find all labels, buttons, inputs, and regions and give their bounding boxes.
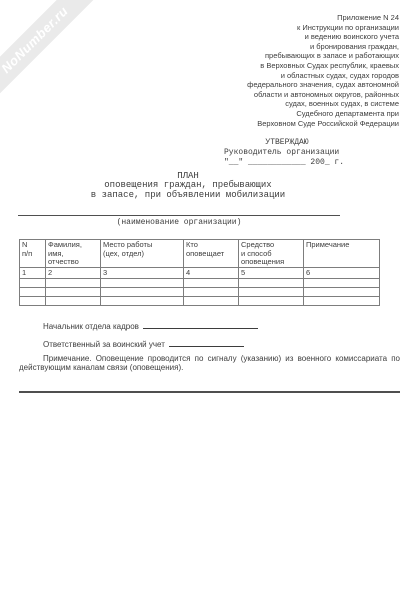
col-number: 3 [101,267,184,278]
table-row [20,278,380,287]
bottom-divider [19,391,400,393]
organization-name-caption: (наименование организации) [18,218,340,227]
col-number: 4 [184,267,239,278]
signature-label: Начальник отдела кадров [43,322,139,331]
document-title: ПЛАН оповещения граждан, пребывающих в з… [68,172,308,200]
col-number: 5 [239,267,304,278]
watermark-ribbon: NoNumber.ru [0,0,101,106]
watermark-text: NoNumber.ru [0,3,71,76]
organization-name-line [18,215,340,216]
col-header-notes: Примечание [304,240,380,268]
col-number: 1 [20,267,46,278]
column-number-row: 1 2 3 4 5 6 [20,267,380,278]
approval-date-line: "__" ____________ 200_ г. [224,158,350,168]
approval-title: УТВЕРЖДАЮ [224,138,350,148]
table-row [20,287,380,296]
signature-blank [169,338,244,347]
signature-label: Ответственный за воинский учет [43,340,165,349]
col-number: 6 [304,267,380,278]
col-number: 2 [46,267,101,278]
table-row [20,296,380,305]
col-header-workplace: Место работы (цех, отдел) [101,240,184,268]
col-header-method: Средство и способ оповещения [239,240,304,268]
col-header-number: N п/п [20,240,46,268]
approval-position: Руководитель организации [224,148,350,158]
col-header-notifier: Кто оповещает [184,240,239,268]
notification-plan-table: N п/п Фамилия, имя, отчество Место работ… [19,239,380,306]
approval-block: УТВЕРЖДАЮ Руководитель организации "__" … [224,138,350,168]
document-page: NoNumber.ru Приложение N 24 к Инструкции… [0,0,420,600]
signature-line-hr-chief: Начальник отдела кадров [43,320,258,331]
signature-blank [143,320,258,329]
appendix-block: Приложение N 24 к Инструкции по организа… [247,13,399,128]
signature-line-military-registrar: Ответственный за воинский учет [43,338,244,349]
col-header-name: Фамилия, имя, отчество [46,240,101,268]
table-header-row: N п/п Фамилия, имя, отчество Место работ… [20,240,380,268]
note-paragraph: Примечание. Оповещение проводится по сиг… [19,354,400,372]
